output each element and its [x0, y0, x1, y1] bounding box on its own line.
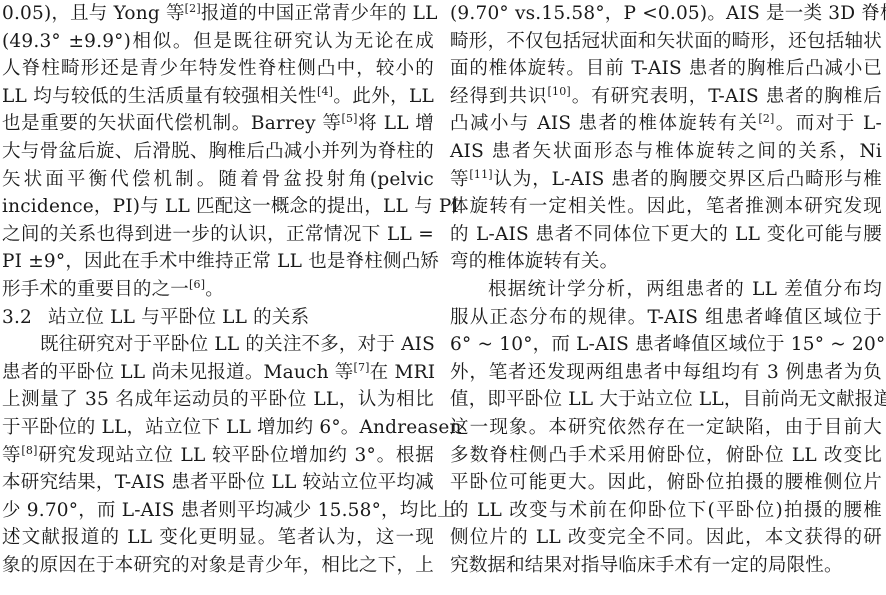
- text-line: 外，笔者还发现两组患者中每组均有 3 例患者为负: [450, 359, 882, 387]
- text-line: 之间的关系也得到进一步的认识，正常情况下 LL =: [2, 221, 434, 249]
- text-line: 等[8]研究发现站立位 LL 较平卧位增加约 3°。根据: [2, 442, 434, 470]
- text-line: LL 均与较低的生活质量有较强相关性[4]。此外，LL: [2, 83, 434, 111]
- text-line: 平卧位可能更大。因此，俯卧位拍摄的腰椎侧位片: [450, 469, 882, 497]
- section-heading: 3.2站立位 LL 与平卧位 LL 的关系: [2, 304, 434, 332]
- citation: [2]: [758, 112, 774, 125]
- text-line: 于平卧位的 LL，站立位下 LL 增加约 6°。Andreasen: [2, 414, 434, 442]
- citation: [6]: [189, 278, 205, 291]
- text-line: 矢状面平衡代偿机制。随着骨盆投射角(pelvic: [2, 166, 434, 194]
- text-line: 既往研究对于平卧位 LL 的关注不多，对于 AIS: [2, 331, 434, 359]
- text-line: 畸形，不仅包括冠状面和矢状面的畸形，还包括轴状: [450, 28, 882, 56]
- text-line: 少 9.70°，而 L-AIS 患者则平均减少 15.58°，均比上: [2, 497, 434, 525]
- text-line: 经得到共识[10]。有研究表明，T-AIS 患者的胸椎后: [450, 83, 882, 111]
- right-column: (9.70° vs.15.58°，P <0.05)。AIS 是一类 3D 脊柱 …: [450, 0, 882, 579]
- citation: [5]: [341, 112, 357, 125]
- text-line: AIS 患者矢状面形态与椎体旋转之间的关系，Ni: [450, 138, 882, 166]
- text-line: PI ±9°，因此在手术中维持正常 LL 也是脊柱侧凸矫: [2, 248, 434, 276]
- text-line: 凸减小与 AIS 患者的椎体旋转有关[2]。而对于 L-: [450, 110, 882, 138]
- text-line: 的 L-AIS 患者不同体位下更大的 LL 变化可能与腰: [450, 221, 882, 249]
- text-line: 也是重要的矢状面代偿机制。Barrey 等[5]将 LL 增: [2, 110, 434, 138]
- text-line: 6° ~ 10°，而 L-AIS 患者峰值区域位于 15° ~ 20°。此: [450, 331, 882, 359]
- text-line: 体旋转有一定相关性。因此，笔者推测本研究发现: [450, 193, 882, 221]
- text-line: 多数脊柱侧凸手术采用俯卧位，俯卧位 LL 改变比: [450, 442, 882, 470]
- text-line: 面的椎体旋转。目前 T-AIS 患者的胸椎后凸减小已: [450, 55, 882, 83]
- citation: [11]: [469, 168, 492, 181]
- paper-page: 0.05)，且与 Yong 等[2]报道的中国正常青少年的 LL (49.3° …: [0, 0, 886, 595]
- text-line: 弯的椎体旋转有关。: [450, 248, 882, 276]
- text-line: 值，即平卧位 LL 大于站立位 LL，目前尚无文献报道: [450, 386, 882, 414]
- citation: [4]: [317, 85, 333, 98]
- citation: [7]: [353, 361, 369, 374]
- text-line: 本研究结果，T-AIS 患者平卧位 LL 较站立位平均减: [2, 469, 434, 497]
- text-line: 上测量了 35 名成年运动员的平卧位 LL，认为相比: [2, 386, 434, 414]
- text-line: 象的原因在于本研究的对象是青少年，相比之下，上: [2, 552, 434, 580]
- text-line: 等[11]认为，L-AIS 患者的胸腰交界区后凸畸形与椎: [450, 166, 882, 194]
- text-line: 这一现象。本研究依然存在一定缺陷，由于目前大: [450, 414, 882, 442]
- section-number: 3.2: [2, 304, 48, 332]
- text-line: 人脊柱畸形还是青少年特发性脊柱侧凸中，较小的: [2, 55, 434, 83]
- text-line: (9.70° vs.15.58°，P <0.05)。AIS 是一类 3D 脊柱: [450, 0, 882, 28]
- text-line: 究数据和结果对指导临床手术有一定的局限性。: [450, 552, 882, 580]
- left-column: 0.05)，且与 Yong 等[2]报道的中国正常青少年的 LL (49.3° …: [2, 0, 434, 579]
- citation: [10]: [548, 85, 571, 98]
- citation: [8]: [21, 444, 37, 457]
- text-line: 述文献报道的 LL 变化更明显。笔者认为，这一现: [2, 524, 434, 552]
- text-line: 形手术的重要目的之一[6]。: [2, 276, 434, 304]
- section-title: 站立位 LL 与平卧位 LL 的关系: [48, 307, 309, 328]
- text-line: 侧位片的 LL 改变完全不同。因此，本文获得的研: [450, 524, 882, 552]
- text-line: 0.05)，且与 Yong 等[2]报道的中国正常青少年的 LL: [2, 0, 434, 28]
- text-line: 服从正态分布的规律。T-AIS 组患者峰值区域位于: [450, 304, 882, 332]
- text-line: (49.3° ±9.9°)相似。但是既往研究认为无论在成: [2, 28, 434, 56]
- text-line: 的 LL 改变与术前在仰卧位下(平卧位)拍摄的腰椎: [450, 497, 882, 525]
- text-line: incidence，PI)与 LL 匹配这一概念的提出，LL 与 PI: [2, 193, 434, 221]
- citation: [2]: [185, 2, 201, 15]
- text-line: 患者的平卧位 LL 尚未见报道。Mauch 等[7]在 MRI: [2, 359, 434, 387]
- text-line: 大与骨盆后旋、后滑脱、胸椎后凸减小并列为脊柱的: [2, 138, 434, 166]
- text-line: 根据统计学分析，两组患者的 LL 差值分布均: [450, 276, 882, 304]
